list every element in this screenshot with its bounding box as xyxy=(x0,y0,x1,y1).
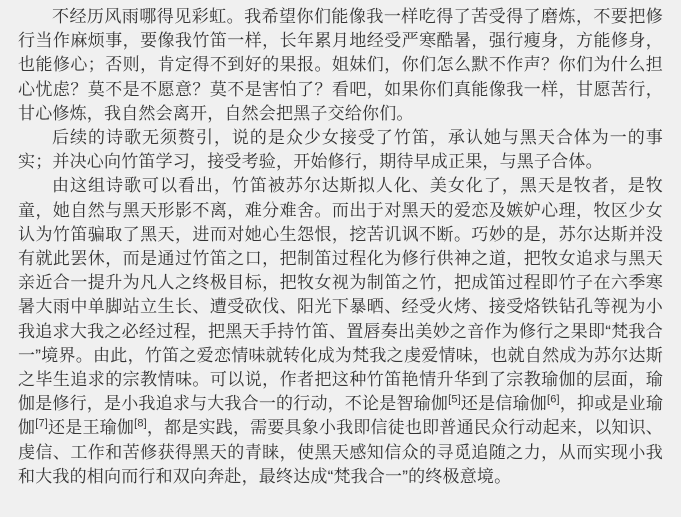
footnote-ref-7[interactable]: [7] xyxy=(35,418,48,430)
footnote-ref-5[interactable]: [5] xyxy=(448,394,461,406)
paragraph-text: 还是信瑜伽 xyxy=(461,394,547,413)
document-page: { "page": { "background_color": "#f0f0f0… xyxy=(0,0,681,517)
paragraph-3: 由这组诗歌可以看出，竹笛被苏尔达斯拟人化、美女化了，黑天是牧者，是牧童，她自然与… xyxy=(18,174,663,489)
paragraph-text: 还是王瑜伽 xyxy=(48,418,134,437)
footnote-ref-8[interactable]: [8] xyxy=(134,418,147,430)
paragraph-1: 不经历风雨哪得见彩虹。我希望你们能像我一样吃得了苦受得了磨炼，不要把修行当作麻烦… xyxy=(18,5,663,126)
paragraph-text: 由这组诗歌可以看出，竹笛被苏尔达斯拟人化、美女化了，黑天是牧者，是牧童，她自然与… xyxy=(18,176,663,413)
footnote-ref-6[interactable]: [6] xyxy=(547,394,560,406)
document-body: 不经历风雨哪得见彩虹。我希望你们能像我一样吃得了苦受得了磨炼，不要把修行当作麻烦… xyxy=(0,0,681,517)
paragraph-2: 后续的诗歌无须赘引，说的是众少女接受了竹笛，承认她与黑天合体为一的事实；并决心向… xyxy=(18,126,663,174)
